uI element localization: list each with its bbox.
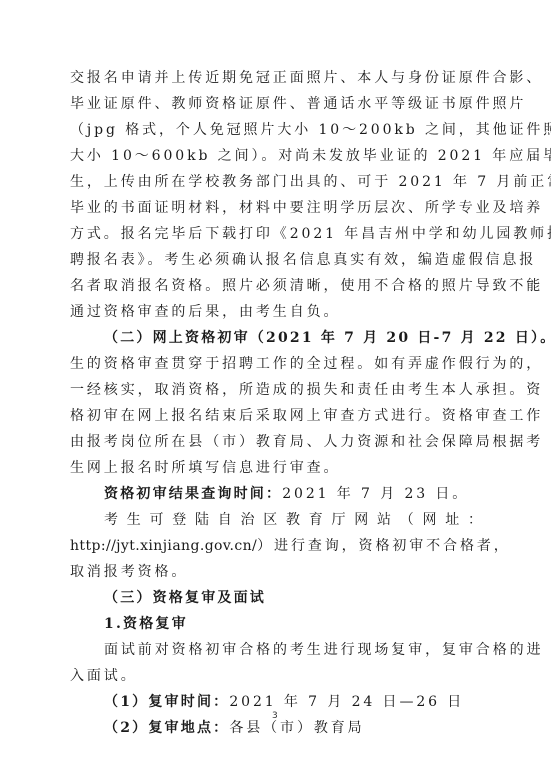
review-location-label: （2）复审地点： [104, 720, 229, 736]
document-page: 交报名申请并上传近期免冠正面照片、本人与身份证原件合影、 毕业证原件、教师资格证… [0, 0, 551, 779]
text-line: 一经核实，取消资格，所造成的损失和责任由考生本人承担。资 [70, 377, 482, 403]
document-body: 交报名申请并上传近期免冠正面照片、本人与身份证原件合影、 毕业证原件、教师资格证… [70, 65, 482, 741]
text-line: 生的资格审查贯穿于招聘工作的全过程。如有弄虚作假行为的， [70, 351, 482, 377]
subsection-1-heading-line: 1.资格复审 [70, 611, 482, 637]
section-2-heading-line: （二）网上资格初审（2021 年 7 月 20 日-7 月 22 日）。考 [70, 325, 482, 351]
text-line: 名者取消报名资格。照片必须清晰，使用不合格的照片导致不能 [70, 273, 482, 299]
query-url-line: http://jyt.xinjiang.gov.cn/）进行查询，资格初审不合格… [70, 533, 482, 559]
text-line: 毕业的书面证明材料，材料中要注明学历层次、所学专业及培养 [70, 195, 482, 221]
text-line: 由报考岗位所在县（市）教育局、人力资源和社会保障局根据考 [70, 429, 482, 455]
text-line: （jpg 格式，个人免冠照片大小 10～200kb 之间，其他证件照片 [70, 117, 482, 143]
result-query-time-label: 资格初审结果查询时间： [104, 486, 282, 502]
review-location-value: 各县（市）教育局 [229, 720, 364, 736]
section-3-heading: （三）资格复审及面试 [104, 590, 266, 606]
text-line: 方式。报名完毕后下载打印《2021 年昌吉州中学和幼儿园教师招 [70, 221, 482, 247]
review-time-value: 2021 年 7 月 24 日—26 日 [229, 694, 464, 710]
website-url: http://jyt.xinjiang.gov.cn/ [70, 538, 257, 554]
result-query-time-line: 资格初审结果查询时间：2021 年 7 月 23 日。 [70, 481, 482, 507]
subsection-1-heading: 1.资格复审 [104, 616, 188, 632]
review-time-label: （1）复审时间： [104, 694, 229, 710]
text-fragment: ）进行查询，资格初审不合格者， [257, 538, 511, 554]
section-2-heading: （二）网上资格初审（2021 年 7 月 20 日-7 月 22 日）。 [104, 330, 551, 346]
text-line: 通过资格审查的后果，由考生自负。 [70, 299, 482, 325]
section-3-heading-line: （三）资格复审及面试 [70, 585, 482, 611]
query-instruction-line: 考 生 可 登 陆 自 治 区 教 育 厅 网 站 （ 网 址 ： [70, 507, 482, 533]
text-line: 面试前对资格初审合格的考生进行现场复审，复审合格的进 [70, 637, 482, 663]
text-line: 聘报名表》。考生必须确认报名信息真实有效，编造虚假信息报 [70, 247, 482, 273]
text-line: 毕业证原件、教师资格证原件、普通话水平等级证书原件照片 [70, 91, 482, 117]
text-line: 生网上报名时所填写信息进行审查。 [70, 455, 482, 481]
text-line: 取消报考资格。 [70, 559, 482, 585]
text-line: 入面试。 [70, 663, 482, 689]
text-line: 交报名申请并上传近期免冠正面照片、本人与身份证原件合影、 [70, 65, 482, 91]
text-line: 生，上传由所在学校教务部门出具的、可于 2021 年 7 月前正常 [70, 169, 482, 195]
result-query-time-value: 2021 年 7 月 23 日。 [282, 486, 469, 502]
text-line: 大小 10～600kb 之间）。对尚未发放毕业证的 2021 年应届毕业 [70, 143, 482, 169]
page-number: 3 [272, 711, 278, 721]
text-line: 格初审在网上报名结束后采取网上审查方式进行。资格审查工作 [70, 403, 482, 429]
